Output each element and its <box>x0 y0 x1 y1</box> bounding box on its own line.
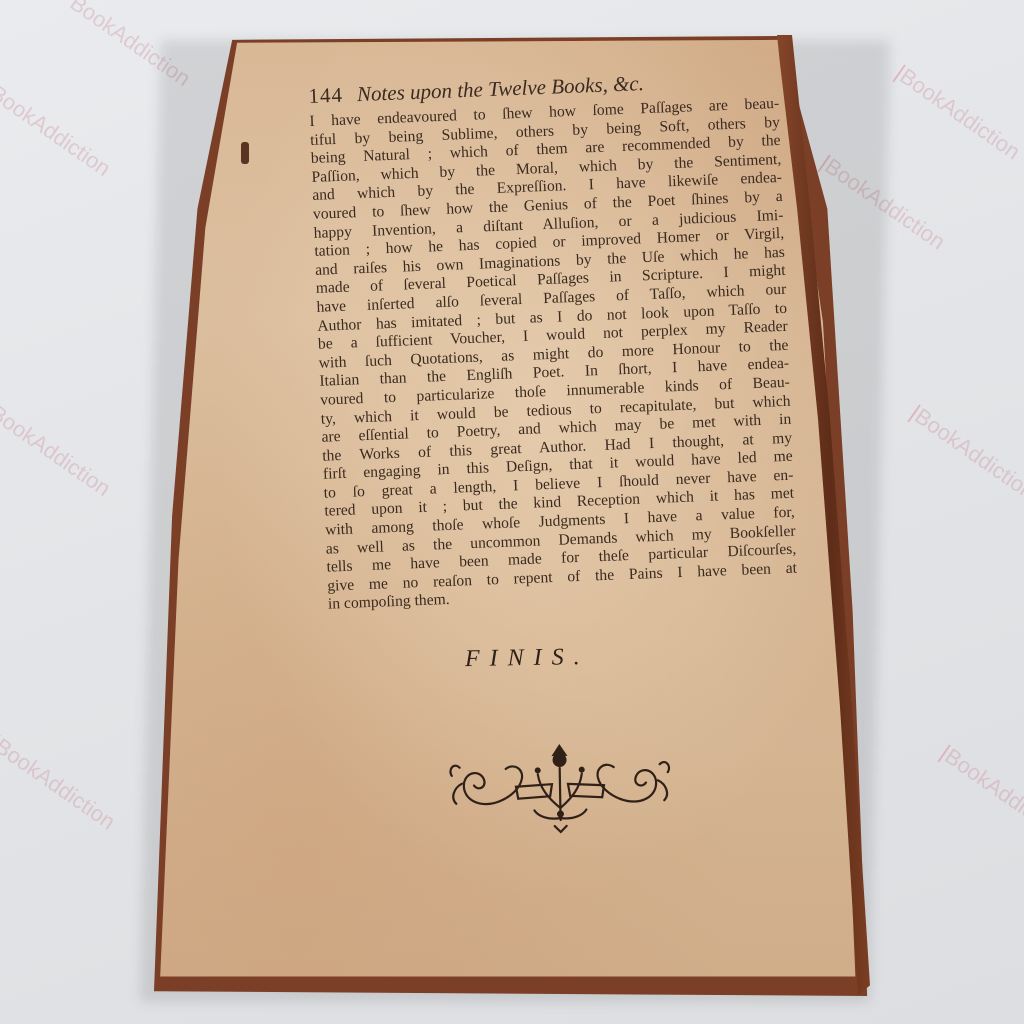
page-text: 144 Notes upon the Twelve Books, &c. I h… <box>308 66 808 615</box>
watermark: |BookAddiction <box>0 730 120 835</box>
binding-stitch-mark <box>241 142 249 164</box>
floral-tailpiece-ornament-icon <box>439 736 681 836</box>
watermark: |BookAddiction <box>935 740 1024 845</box>
watermark: |BookAddiction <box>905 400 1024 505</box>
page-number: 144 <box>308 83 343 109</box>
finis-heading: FINIS. <box>465 644 590 673</box>
watermark: BookAddiction <box>0 400 115 502</box>
watermark: BookAddiction <box>0 80 115 182</box>
watermark: |BookAddiction <box>890 60 1024 165</box>
